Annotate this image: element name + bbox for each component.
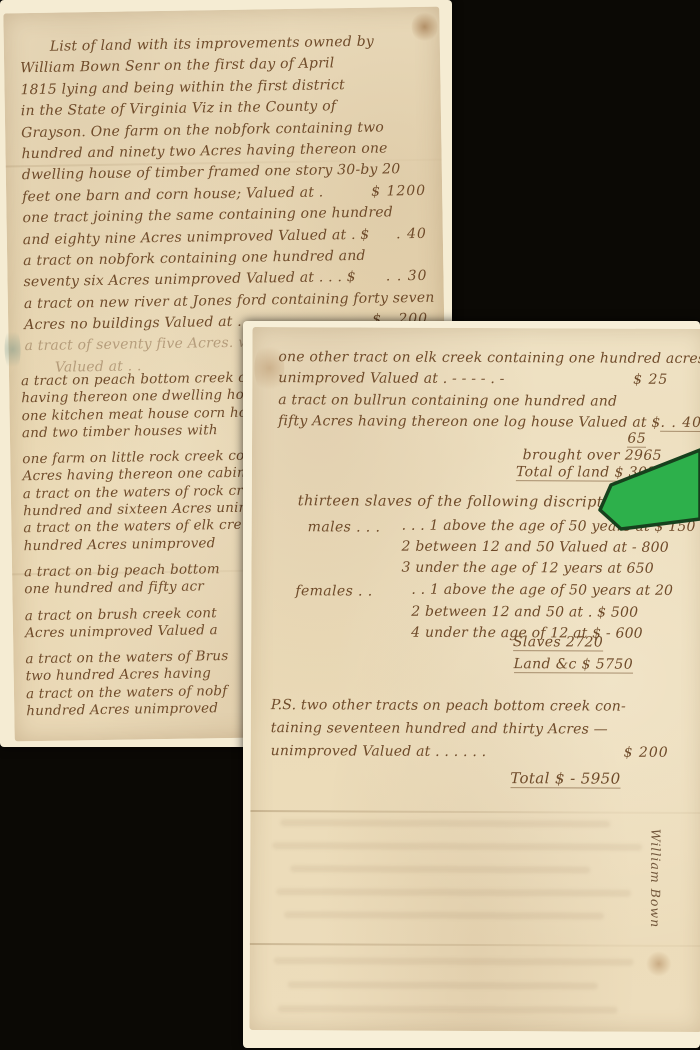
line-text: a tract on the waters of Brus <box>25 648 228 667</box>
line-text: feet one barn and corn house; Valued at … <box>22 184 323 205</box>
line-text: Acres having thereon one cabin <box>22 465 246 485</box>
manuscript-line: taining seventeen hundred and thirty Acr… <box>271 720 679 745</box>
line-text: a tract on the waters of nobf <box>26 683 228 702</box>
line-text: 3 under the age of 12 years at 650 <box>401 560 653 577</box>
line-text: one other tract on elk creek containing … <box>278 349 700 367</box>
grand-total: Total $ - 5950 <box>510 769 620 788</box>
line-text: . . 1 above the age of 50 years at 20 <box>411 582 673 599</box>
bleed-through-ghost-text <box>280 819 610 827</box>
line-amount: $ 25 <box>633 372 678 388</box>
green-highlight-arrow <box>594 443 700 539</box>
line-text: and two timber houses with <box>22 422 218 441</box>
bleed-through-ghost-text <box>284 911 604 919</box>
line-text: Acres unimproved Valued a <box>25 622 218 641</box>
line-text: taining seventeen hundred and thirty Acr… <box>271 720 608 737</box>
line-text: two hundred Acres having <box>26 666 212 685</box>
land-and-slaves-total: Land &c $ 5750 <box>514 656 633 674</box>
slaves-total: Slaves 2720 <box>513 634 603 651</box>
line-amount: . 40 <box>396 225 437 242</box>
bleed-through-ghost-text <box>276 888 631 897</box>
line-text: fifty Acres having thereon one log house… <box>278 413 660 431</box>
line-text: Acres no buildings Valued at . . . <box>24 314 261 334</box>
line-text: a tract of seventy five Acres. west <box>24 335 272 355</box>
line-text: one hundred and fifty acr <box>24 579 204 598</box>
males-label: males . . . <box>308 519 381 535</box>
line-text: one kitchen meat house corn ho <box>22 404 248 424</box>
bleed-through-ghost-text <box>278 1005 618 1013</box>
line-text: 2 between 12 and 50 Valued at - 800 <box>402 539 669 556</box>
fold-crease <box>250 810 700 814</box>
bleed-through-ghost-text <box>272 842 642 851</box>
line-amount: . . 40 <box>660 415 700 432</box>
right-page-backing-sheet: one other tract on elk creek containing … <box>243 321 700 1048</box>
manuscript-line: fifty Acres having thereon one log house… <box>278 413 678 436</box>
line-amount: $ 1200 <box>371 182 436 199</box>
endorsement-signature: William Bown <box>648 829 664 969</box>
bleed-through-ghost-text <box>290 865 590 873</box>
bleed-through-ghost-text <box>274 957 634 966</box>
line-text: one farm on little rock creek cont <box>22 448 259 468</box>
line-text: unimproved Valued at . - - - - . - <box>278 371 504 388</box>
right-page-land-block: one other tract on elk creek containing … <box>278 349 678 436</box>
postscript-block: P.S. two other tracts on peach bottom cr… <box>271 697 679 768</box>
line-text: a tract on big peach bottom <box>24 561 220 580</box>
green-highlight-arrow-shape <box>600 450 700 529</box>
line-text: 2 between 12 and 50 at . $ 500 <box>411 603 638 620</box>
manuscript-line: one other tract on elk creek containing … <box>278 349 678 372</box>
slaves-section-heading: thirteen slaves of the following discrip… <box>298 493 635 510</box>
manuscript-line: 3 under the age of 12 years at 650 <box>401 560 691 582</box>
line-text: List of land with its improvements owned… <box>50 34 374 55</box>
manuscript-line: P.S. two other tracts on peach bottom cr… <box>271 697 679 722</box>
photograph-of-manuscript: { "document": { "kind": "handwritten lan… <box>0 0 700 1050</box>
line-text: a tract on bullrun containing one hundre… <box>278 392 617 409</box>
line-text: hundred Acres unimproved <box>24 535 216 554</box>
manuscript-line: unimproved Valued at . - - - - . - $ 25 <box>278 371 678 394</box>
line-text: P.S. two other tracts on peach bottom cr… <box>271 697 626 715</box>
manuscript-line: unimproved Valued at . . . . . . $ 200 <box>271 743 679 768</box>
right-manuscript-page: one other tract on elk creek containing … <box>249 327 700 1032</box>
line-text: having thereon one dwelling hous <box>21 387 260 407</box>
fold-crease <box>250 943 700 947</box>
line-amount: $ 200 <box>624 745 679 761</box>
line-text: hundred and sixteen Acres unim <box>23 500 252 520</box>
manuscript-line: a tract on bullrun containing one hundre… <box>278 392 678 415</box>
bleed-through-ghost-text <box>288 981 598 989</box>
manuscript-line: 2 between 12 and 50 Valued at - 800 <box>402 539 692 561</box>
line-text: a tract on brush creek cont <box>25 605 217 624</box>
manuscript-line: . . 1 above the age of 50 years at 20 <box>411 582 691 605</box>
line-text: a tract on the waters of elk cre <box>23 517 242 536</box>
line-text: unimproved Valued at . . . . . . <box>271 743 487 760</box>
line-amount: . . 30 <box>386 268 438 285</box>
females-label: females . . <box>295 583 372 599</box>
manuscript-line: 2 between 12 and 50 at . $ 500 <box>411 603 691 626</box>
line-text: hundred Acres unimproved <box>26 700 218 719</box>
